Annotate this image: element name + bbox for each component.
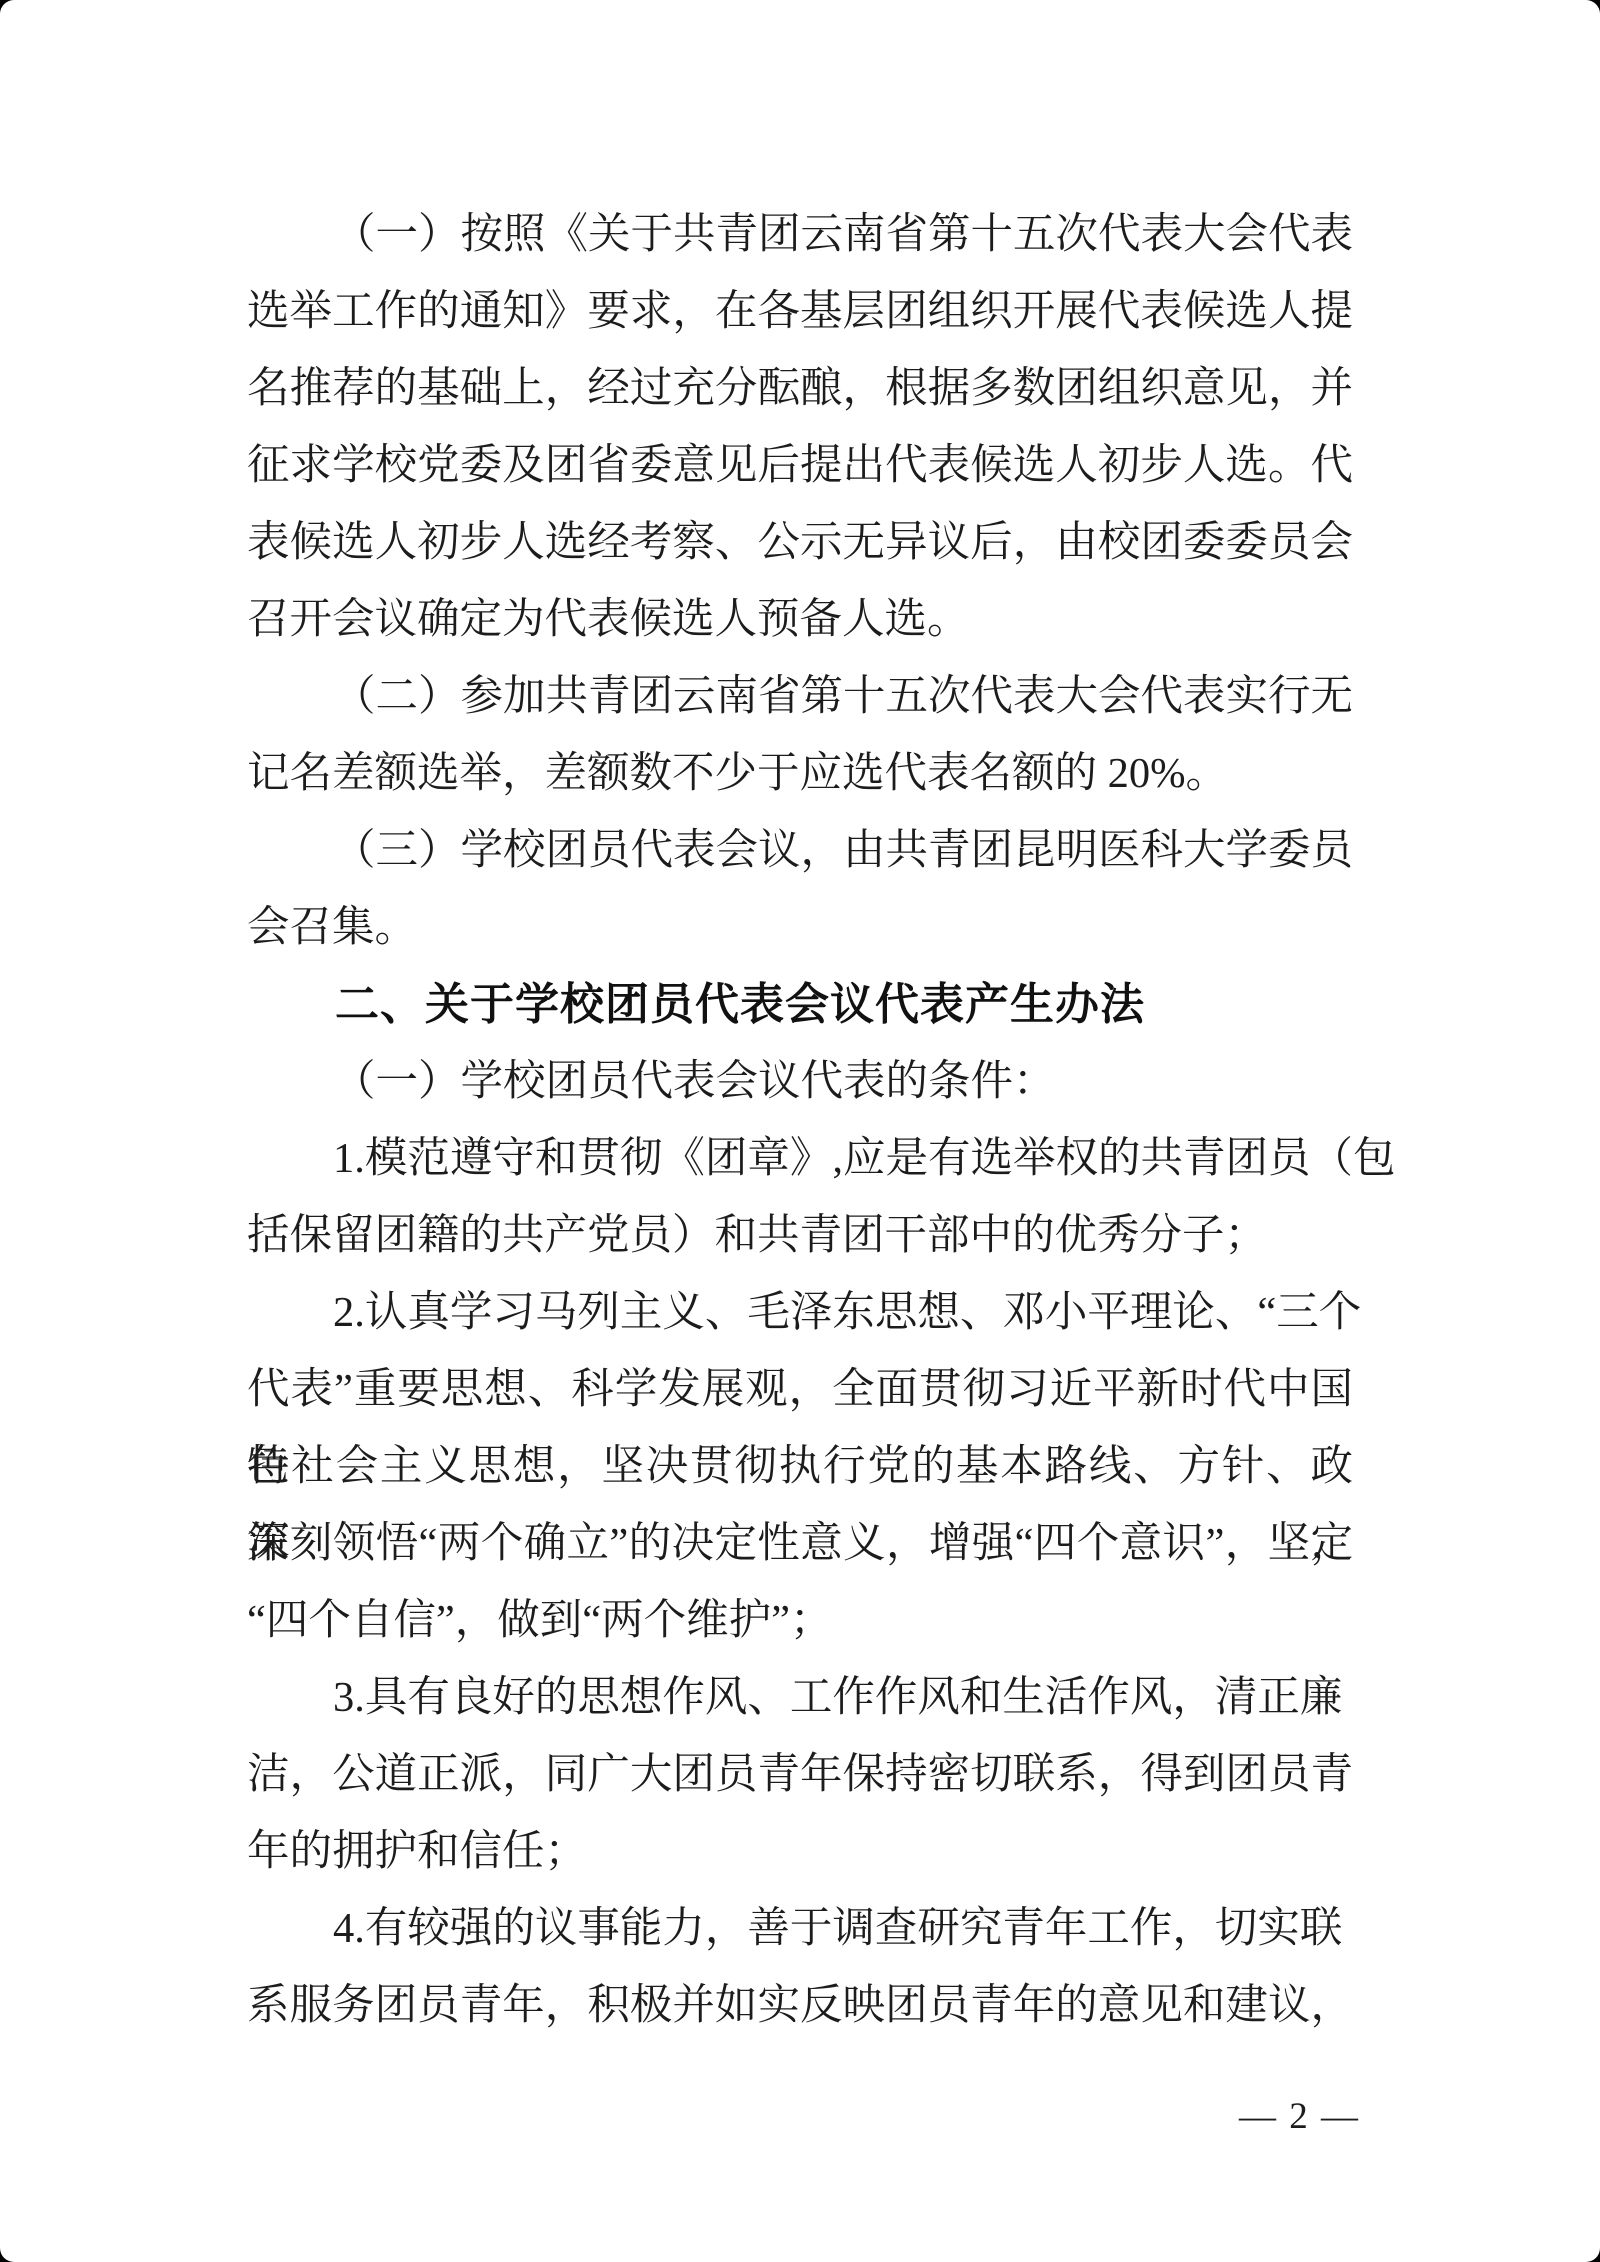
text-line: 括保留团籍的共产党员）和共青团干部中的优秀分子； xyxy=(247,1197,1353,1274)
text-line: 4.有较强的议事能力，善于调查研究青年工作，切实联 xyxy=(247,1890,1353,1967)
text-line: 表候选人初步人选经考察、公示无异议后，由校团委委员会 xyxy=(247,504,1353,581)
document-page: （一）按照《关于共青团云南省第十五次代表大会代表 选举工作的通知》要求，在各基层… xyxy=(0,0,1600,2262)
text-line: 深刻领悟“两个确立”的决定性意义，增强“四个意识”，坚定 xyxy=(247,1505,1353,1582)
text-line: 年的拥护和信任； xyxy=(247,1813,1353,1890)
text-line: 1.模范遵守和贯彻《团章》,应是有选举权的共青团员（包 xyxy=(247,1120,1353,1197)
text-line: 洁，公道正派，同广大团员青年保持密切联系，得到团员青 xyxy=(247,1736,1353,1813)
text-line: （三）学校团员代表会议，由共青团昆明医科大学委员 xyxy=(247,812,1353,889)
text-line: 记名差额选举，差额数不少于应选代表名额的 20%。 xyxy=(247,735,1353,812)
text-line: 选举工作的通知》要求，在各基层团组织开展代表候选人提 xyxy=(247,273,1353,350)
text-line: 召开会议确定为代表候选人预备人选。 xyxy=(247,581,1353,658)
text-line: （一）按照《关于共青团云南省第十五次代表大会代表 xyxy=(247,196,1353,273)
document-body: （一）按照《关于共青团云南省第十五次代表大会代表 选举工作的通知》要求，在各基层… xyxy=(247,196,1353,2044)
text-line: 系服务团员青年，积极并如实反映团员青年的意见和建议， xyxy=(247,1967,1353,2044)
text-line: 名推荐的基础上，经过充分酝酿，根据多数团组织意见，并 xyxy=(247,350,1353,427)
text-line: （二）参加共青团云南省第十五次代表大会代表实行无 xyxy=(247,658,1353,735)
text-line: 征求学校党委及团省委意见后提出代表候选人初步人选。代 xyxy=(247,427,1353,504)
text-line: 2.认真学习马列主义、毛泽东思想、邓小平理论、“三个 xyxy=(247,1274,1353,1351)
text-line: 代表”重要思想、科学发展观，全面贯彻习近平新时代中国特 xyxy=(247,1351,1353,1428)
text-line: 会召集。 xyxy=(247,889,1353,966)
text-line: 色社会主义思想，坚决贯彻执行党的基本路线、方针、政策， xyxy=(247,1428,1353,1505)
section-heading: 二、关于学校团员代表会议代表产生办法 xyxy=(247,966,1353,1043)
text-line: 3.具有良好的思想作风、工作作风和生活作风，清正廉 xyxy=(247,1659,1353,1736)
text-line: （一）学校团员代表会议代表的条件： xyxy=(247,1043,1353,1120)
page-number: — 2 — xyxy=(1239,2092,1360,2142)
text-line: “四个自信”，做到“两个维护”； xyxy=(247,1582,1353,1659)
